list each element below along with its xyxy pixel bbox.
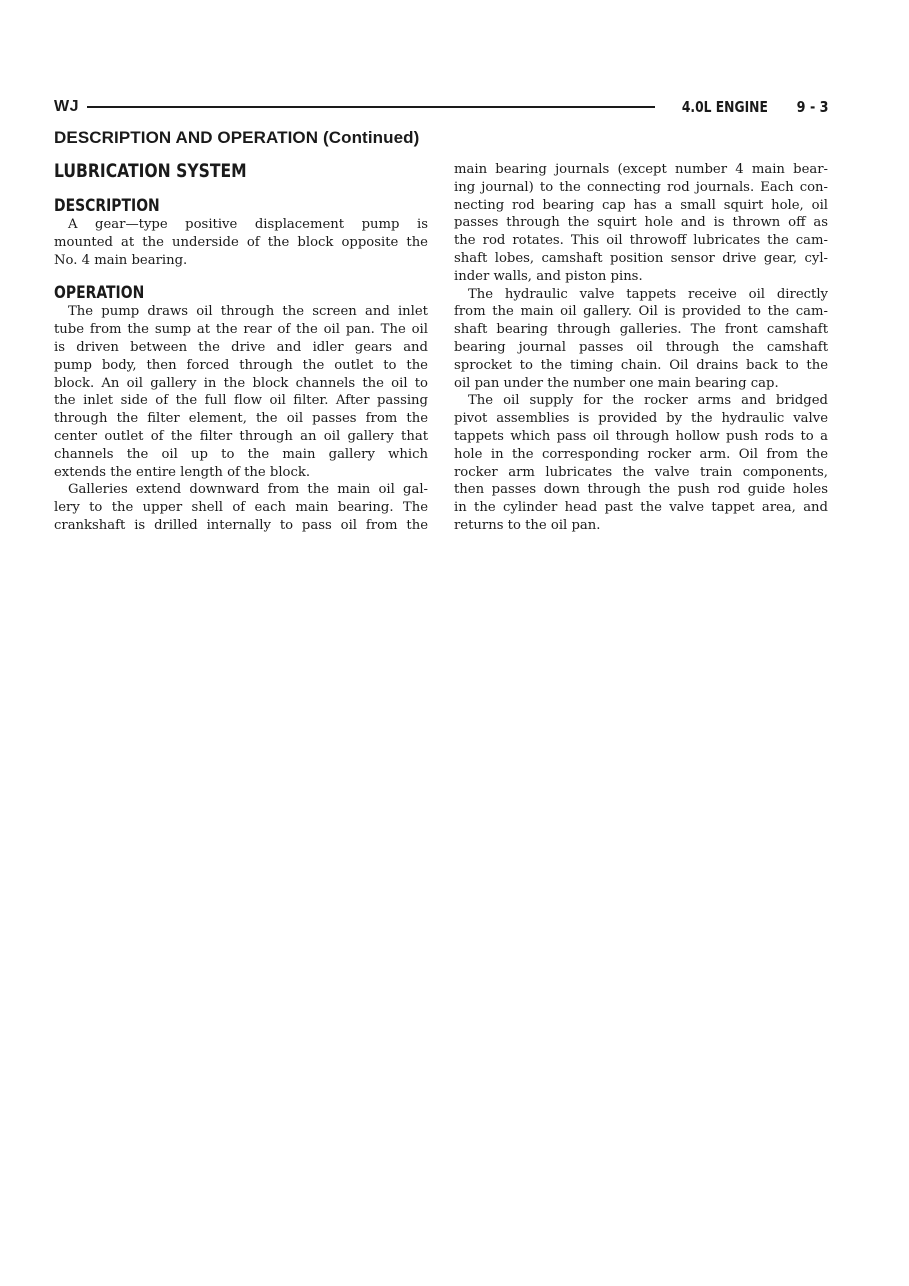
text-line: from the main oil gallery. Oil is provid… [454,303,828,321]
text-line: Galleries extend downward from the main … [54,481,428,499]
description-paragraph: A gear—type positive displacement pump i… [54,216,428,269]
text-line: crankshaft is drilled internally to pass… [54,517,428,535]
right-column: main bearing journals (except number 4 m… [454,161,828,535]
lubrication-paragraph-journals: main bearing journals (except number 4 m… [454,161,828,286]
text-line: center outlet of the filter through an o… [54,428,428,446]
page-header: WJ 4.0L ENGINE 9 - 3 [54,97,829,117]
text-line: sprocket to the timing chain. Oil drains… [454,357,828,375]
operation-paragraph-2: Galleries extend downward from the main … [54,481,428,534]
text-line: oil pan under the number one main bearin… [454,375,828,393]
model-code: WJ [54,98,79,116]
left-column: LUBRICATION SYSTEM DESCRIPTION A gear—ty… [54,160,428,535]
lubrication-system-heading: LUBRICATION SYSTEM [54,160,361,182]
text-line: shaft bearing through galleries. The fro… [454,321,828,339]
text-line: tube from the sump at the rear of the oi… [54,321,428,339]
text-line: hole in the corresponding rocker arm. Oi… [454,446,828,464]
text-line: returns to the oil pan. [454,517,828,535]
description-heading: DESCRIPTION [54,196,361,216]
text-line: rocker arm lubricates the valve train co… [454,464,828,482]
text-line: inder walls, and piston pins. [454,268,828,286]
text-line: in the cylinder head past the valve tapp… [454,499,828,517]
text-line: passes through the squirt hole and is th… [454,214,828,232]
text-line: tappets which pass oil through hollow pu… [454,428,828,446]
operation-heading: OPERATION [54,283,361,303]
text-line: A gear—type positive displacement pump i… [54,216,428,234]
text-line: the inlet side of the full flow oil filt… [54,392,428,410]
text-line: through the filter element, the oil pass… [54,410,428,428]
text-line: then passes down through the push rod gu… [454,481,828,499]
text-line: extends the entire length of the block. [54,464,428,482]
text-line: block. An oil gallery in the block chann… [54,375,428,393]
lubrication-paragraph-rocker-arms: The oil supply for the rocker arms and b… [454,392,828,534]
text-line: is driven between the drive and idler ge… [54,339,428,357]
text-line: channels the oil up to the main gallery … [54,446,428,464]
section-title: DESCRIPTION AND OPERATION (Continued) [54,128,419,148]
text-line: necting rod bearing cap has a small squi… [454,197,828,215]
operation-paragraph-1: The pump draws oil through the screen an… [54,303,428,481]
text-line: The hydraulic valve tappets receive oil … [454,286,828,304]
text-line: shaft lobes, camshaft position sensor dr… [454,250,828,268]
text-line: main bearing journals (except number 4 m… [454,161,828,179]
text-line: pump body, then forced through the outle… [54,357,428,375]
header-rule [87,106,655,108]
text-line: No. 4 main bearing. [54,252,428,270]
text-line: The oil supply for the rocker arms and b… [454,392,828,410]
page-number: 9 - 3 [797,98,829,116]
chapter-title: 4.0L ENGINE [681,98,767,116]
text-line: mounted at the underside of the block op… [54,234,428,252]
text-line: lery to the upper shell of each main bea… [54,499,428,517]
text-line: bearing journal passes oil through the c… [454,339,828,357]
text-line: ing journal) to the connecting rod journ… [454,179,828,197]
text-line: pivot assemblies is provided by the hydr… [454,410,828,428]
lubrication-paragraph-tappets: The hydraulic valve tappets receive oil … [454,286,828,393]
text-line: The pump draws oil through the screen an… [54,303,428,321]
text-line: the rod rotates. This oil throwoff lubri… [454,232,828,250]
